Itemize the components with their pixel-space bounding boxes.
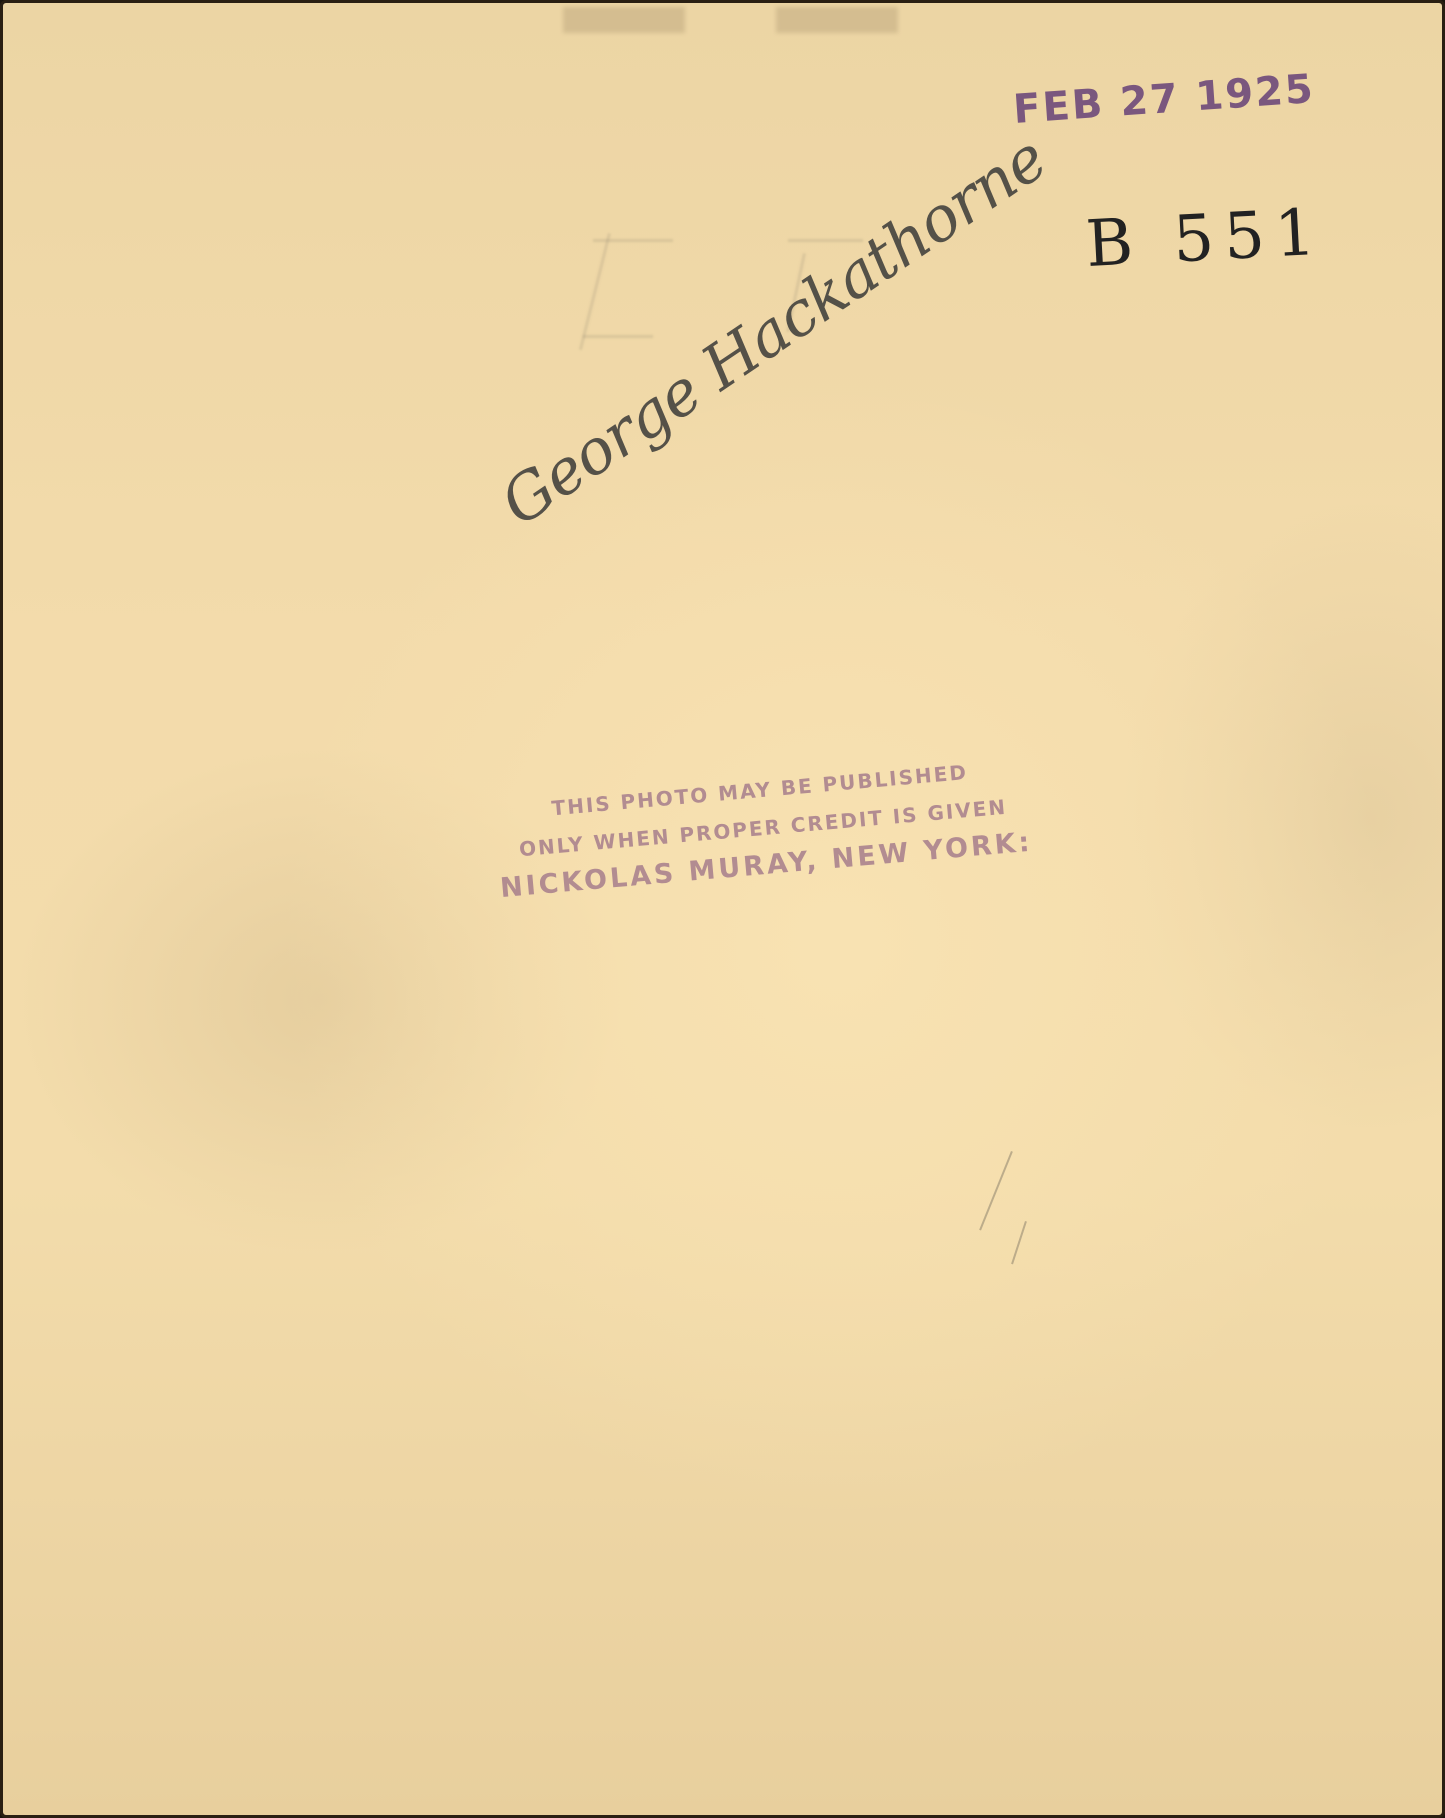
photographer-credit-stamp: THIS PHOTO MAY BE PUBLISHED ONLY WHEN PR… [489, 748, 1037, 909]
catalog-number: B 551 [1084, 196, 1327, 282]
date-stamp: FEB 27 1925 [1012, 66, 1316, 133]
pencil-scratch [979, 1151, 1013, 1231]
tape-mark-right [776, 7, 898, 33]
tape-mark-left [563, 7, 685, 33]
pencil-scratch [1011, 1221, 1027, 1264]
ghost-mark [579, 233, 611, 350]
ghost-mark [583, 335, 653, 338]
photo-back-sheet: FEB 27 1925 B 551 George Hackathorne THI… [0, 0, 1445, 1818]
handwritten-signature: George Hackathorne [488, 121, 1059, 539]
